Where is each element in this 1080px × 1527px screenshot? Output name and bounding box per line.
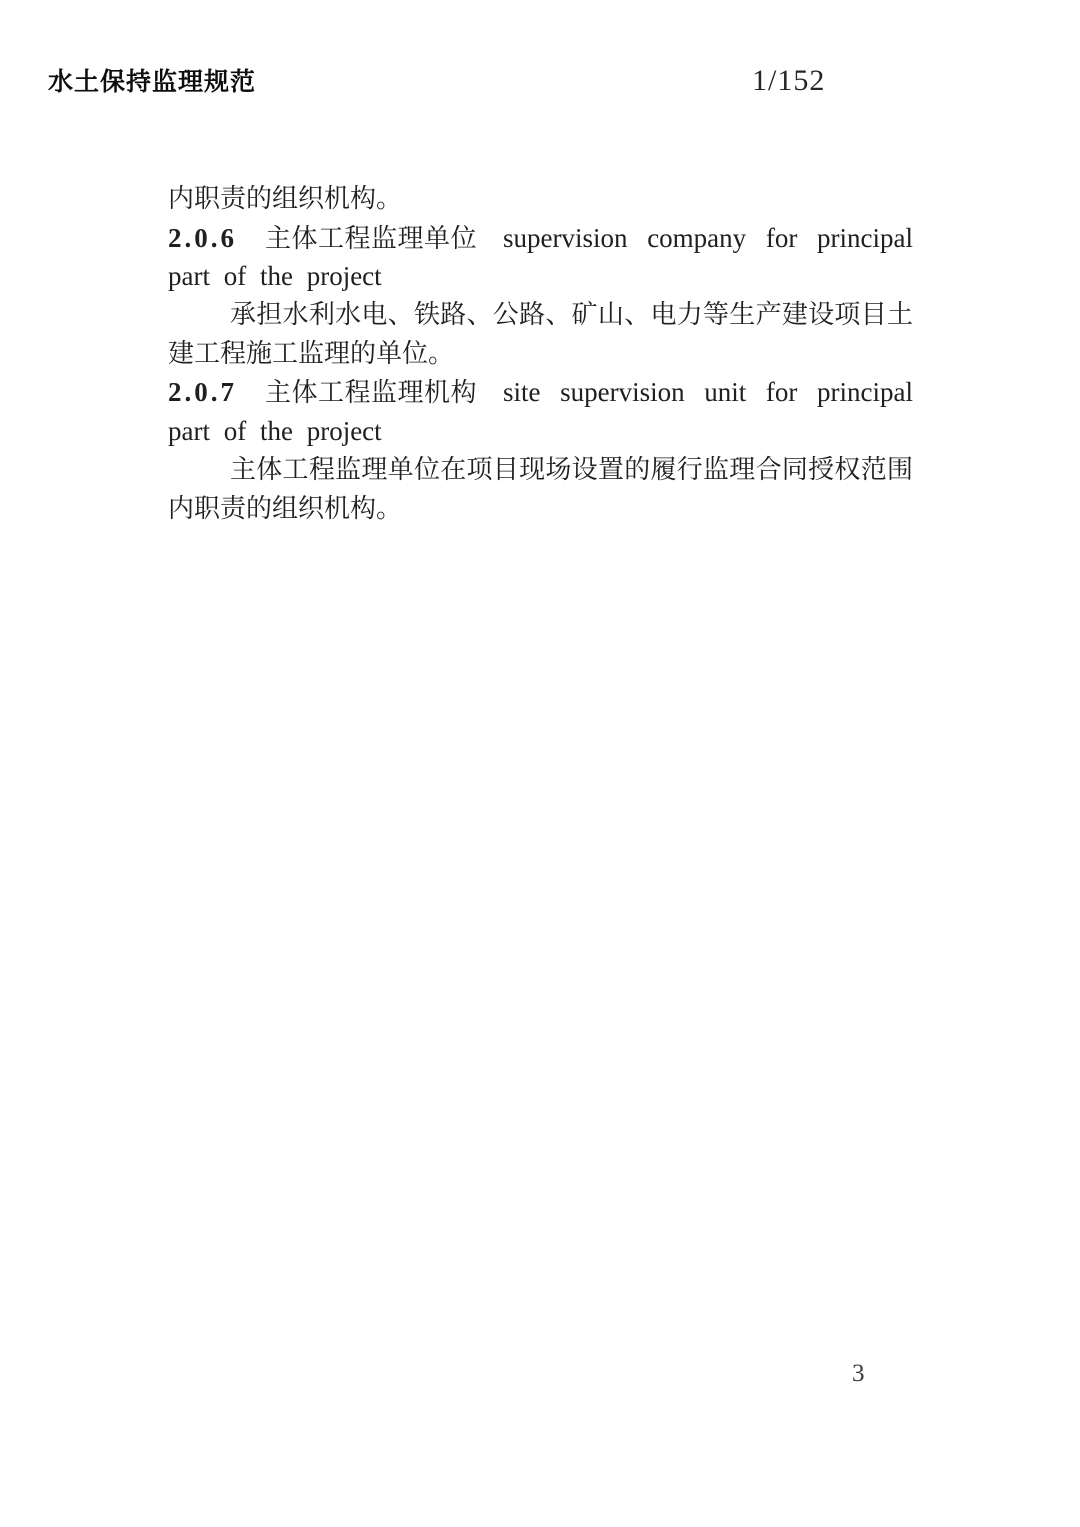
paragraph-continuation: 内职责的组织机构。 [168, 180, 913, 219]
term-number-2-0-6: 2.0.6 [168, 219, 237, 258]
term-en-2-0-7-line1: site supervision unit for principal [503, 373, 913, 412]
definition-2-0-6-line2: 建工程施工监理的单位。 [168, 335, 913, 374]
term-entry-2-0-6: 2.0.6 主体工程监理单位 supervision company for p… [168, 219, 913, 258]
term-en-2-0-6-line1: supervision company for principal [503, 219, 913, 258]
term-en-2-0-6-line2: part of the project [168, 257, 913, 296]
term-entry-2-0-7: 2.0.7 主体工程监理机构 site supervision unit for… [168, 373, 913, 412]
definition-2-0-7-line2: 内职责的组织机构。 [168, 490, 913, 529]
term-en-2-0-7-line2: part of the project [168, 412, 913, 451]
term-zh-2-0-7: 主体工程监理机构 [265, 374, 477, 413]
term-zh-2-0-6: 主体工程监理单位 [265, 220, 477, 259]
page-indicator: 1/152 [752, 64, 825, 98]
definition-2-0-7-line1: 主体工程监理单位在项目现场设置的履行监理合同授权范围 [168, 451, 913, 490]
page-number: 3 [852, 1360, 865, 1388]
definition-2-0-6-line1: 承担水利水电、铁路、公路、矿山、电力等生产建设项目土 [168, 296, 913, 335]
document-title: 水土保持监理规范 [48, 62, 256, 98]
term-number-2-0-7: 2.0.7 [168, 373, 237, 412]
body-text: 内职责的组织机构。 2.0.6 主体工程监理单位 supervision com… [168, 180, 913, 528]
document-page: 水土保持监理规范 1/152 内职责的组织机构。 2.0.6 主体工程监理单位 … [0, 0, 1080, 1527]
